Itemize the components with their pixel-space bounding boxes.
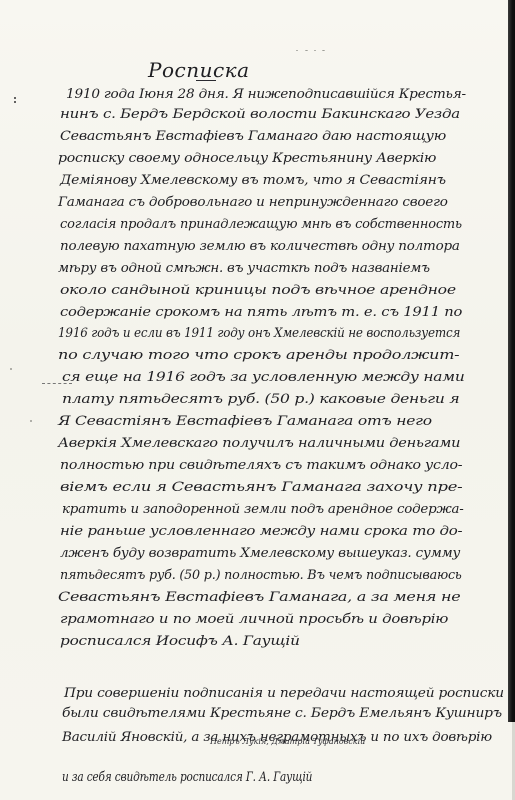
- handwritten-line: плату пятьдесятъ руб. (50 р.) каковые де…: [62, 392, 459, 407]
- handwritten-line: по случаю того что срокъ аренды продолжи…: [58, 348, 459, 363]
- document-title: Росписка: [148, 58, 250, 82]
- handwritten-line: ся еще на 1916 годъ за условленную между…: [62, 370, 465, 385]
- scan-speck: [10, 368, 12, 370]
- title-flourish: [196, 80, 216, 81]
- scan-speck: [14, 97, 16, 99]
- witness-line: При совершеніи подписанія и передачи нас…: [64, 686, 504, 701]
- handwritten-line: Аверкія Хмелевскаго получилъ наличными д…: [58, 436, 460, 451]
- handwritten-line: пятьдесятъ руб. (50 р.) полностью. Въ че…: [60, 568, 462, 583]
- scan-speck: [30, 420, 32, 422]
- handwritten-line: полностью при свидѣтеляхъ съ такимъ одна…: [60, 458, 462, 473]
- handwritten-line: лженъ буду возвратить Хмелевскому вышеук…: [60, 546, 460, 561]
- handwritten-line: Гаманага съ добровольнаго и непринужденн…: [58, 195, 448, 210]
- handwritten-line: росписался Иосифъ А. Гаущій: [60, 634, 300, 649]
- scanned-document-page: Росписка 1910 года Іюня 28 дня. Я нижепо…: [0, 0, 515, 800]
- handwritten-line: Я Севастіянъ Евстафіевъ Гаманага отъ нег…: [58, 414, 432, 429]
- handwritten-line: росписку своему односельцу Крестьянину А…: [58, 151, 436, 166]
- scan-speck: [314, 50, 316, 51]
- scan-speck: [305, 50, 308, 51]
- scan-speck: [296, 50, 298, 51]
- handwritten-line: 1916 годъ и если въ 1911 году онъ Хмелев…: [58, 326, 460, 341]
- scan-border-right: [508, 0, 515, 722]
- handwritten-line: полевую пахатную землю въ количествѣ одн…: [60, 239, 460, 254]
- witness-line: были свидѣтелями Крестьяне с. Бердъ Емел…: [62, 706, 502, 721]
- witness-line: и за себя свидѣтель росписался Г. А. Гау…: [62, 770, 312, 785]
- handwritten-line: нинъ с. Бердъ Бердской волости Бакинскаг…: [60, 107, 460, 122]
- handwritten-line: содержаніе срокомъ на пять лѣтъ т. е. съ…: [60, 305, 462, 320]
- handwritten-line: мѣру въ одной смѣжн. въ участкѣ подъ наз…: [58, 261, 430, 276]
- handwritten-line: кратить и заподоренной земли подъ арендн…: [62, 502, 464, 517]
- handwritten-line: Деміянову Хмелевскому въ томъ, что я Сев…: [60, 173, 446, 188]
- scan-speck: [322, 50, 325, 51]
- interlinear-note: Петръ Лукія, Дмитрій Туфановскій: [210, 737, 365, 746]
- handwritten-line: грамотнаго и по моей личной просьбѣ и до…: [60, 612, 448, 627]
- handwritten-line: Севастьянъ Евстафіевъ Гаманага, а за мен…: [58, 590, 460, 605]
- handwritten-line: Севастьянъ Евстафіевъ Гаманаго даю насто…: [60, 129, 446, 144]
- scan-speck: [14, 101, 16, 103]
- handwritten-line: около сандыной криницы подъ вѣчное аренд…: [60, 283, 456, 298]
- handwritten-line: согласія продалъ принадлежащую мнѣ въ со…: [60, 217, 462, 232]
- handwritten-line: ніе раньше условленнаго между нами срока…: [60, 524, 462, 539]
- handwritten-line: 1910 года Іюня 28 дня. Я нижеподписавшій…: [66, 87, 466, 102]
- handwritten-line: віемъ если я Севастьянъ Гаманага захочу …: [60, 480, 462, 495]
